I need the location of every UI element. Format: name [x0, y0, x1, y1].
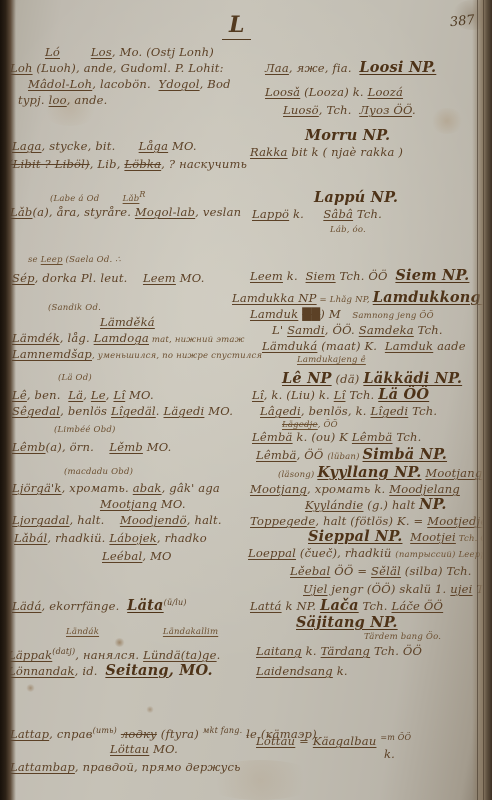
text-run: abak [133, 481, 162, 495]
text-run: Löbka [124, 157, 161, 171]
text-run: MO. [143, 440, 172, 454]
text-run: Loosǎ [265, 85, 300, 99]
entry-line: Sieppal NP. Mootjei Tch. ÖÖ [308, 529, 492, 545]
text-run: Lî [334, 388, 346, 402]
entry-line: Sép, dorka Pl. leut. Leem MO. [12, 270, 205, 286]
page-edge-streak [477, 0, 478, 800]
text-run: Lǎbál [14, 531, 47, 545]
page-edge-streak [483, 0, 484, 800]
entry-line: (Lä Od) [58, 372, 233, 384]
text-run: Tch. ÖÖ [370, 644, 422, 658]
text-run: (ü/lu) [164, 598, 187, 607]
text-run: Ländák [66, 627, 99, 637]
text-run: Käagalbau [313, 734, 377, 748]
text-run: Tch. ÖÖ [336, 269, 396, 283]
text-run: =m ÖÖ [380, 733, 411, 742]
text-run: лодку [121, 727, 157, 741]
text-run: (Limbéé Obd) [54, 425, 116, 435]
text-run: Lämděká [100, 315, 155, 329]
text-run: (datj) [52, 647, 75, 656]
text-run: k. [302, 644, 321, 658]
text-run: (a), åra, styråre. [32, 205, 134, 219]
text-run: Seitang [105, 662, 168, 679]
text-run: (ить) [93, 726, 117, 735]
entry-line: L' Samdi, ÖÖ. Samdeka Tch. [272, 322, 492, 338]
text-run: , ÖÖ. [325, 323, 359, 337]
text-run: , halt (fötlös) K. = [315, 514, 427, 528]
entry-line: Ljörgä'k, хромать. abak, gâk' aga [12, 480, 222, 496]
entry-line: Láb, óo. [330, 224, 398, 236]
text-run: , хромать k. [307, 482, 389, 496]
text-run [60, 45, 91, 59]
text-run: Le [91, 388, 106, 402]
text-run: , уменьшился, по нижре спустился [92, 351, 262, 361]
text-run: MO. [157, 497, 186, 511]
text-run: (ftyra) [157, 727, 203, 741]
text-run [99, 627, 163, 637]
entry-block: Lattá k NP. Lača Tch. Láče ÖÖ [250, 598, 443, 614]
text-run: k. [333, 664, 348, 678]
text-run: k. [283, 269, 306, 283]
text-run: Lěmb [109, 440, 143, 454]
text-run: (macdadu Obd) [64, 467, 133, 477]
text-run: , MO. [169, 662, 213, 679]
entry-line: Lamduk ██) M Samnong jeng ÖÖ [250, 306, 492, 322]
text-run: Samdi [287, 323, 325, 337]
text-run: (a), örn. [46, 440, 110, 454]
text-run: (čueč), rhadkiü [296, 546, 395, 560]
text-run: , halt. [70, 513, 120, 527]
text-run: Moodjelang [389, 482, 460, 496]
text-run: Ló [45, 45, 60, 59]
entry-block: Lappú NP.Lappö k. Sâbâ Tch.Láb, óo. [252, 190, 398, 236]
entry-line: Tärdem bang Öo. [364, 631, 441, 643]
text-run: aade [433, 339, 466, 353]
text-run: Lîgedi [371, 404, 409, 418]
text-run: Lôttau [256, 734, 295, 748]
entry-line: Laga, stycke, bit. Låga MO. [12, 138, 247, 154]
text-run: k. [289, 207, 323, 221]
text-run: (Sandik Od. [48, 303, 101, 313]
text-run: , veslan [195, 205, 241, 219]
entry-line: Lattá k NP. Lača Tch. Láče ÖÖ [250, 598, 443, 614]
text-run: , id. [75, 664, 106, 678]
entry-block: se Leep (Saela Od. ∴Sép, dorka Pl. leut.… [12, 254, 205, 286]
text-run: Lača [320, 597, 359, 614]
text-run: Sâbâ [323, 207, 353, 221]
entry-block: Säjitang NP.Tärdem bang Öo.Laitang k. Tä… [256, 615, 441, 679]
entry-line: Lönnandak, id. Seitang, MO. [8, 663, 220, 679]
text-run: ÖÖ = [330, 564, 371, 578]
text-run: , нанялся. [75, 648, 143, 662]
entry-line: Lappö k. Sâbâ Tch. [252, 206, 398, 222]
text-run: Loozá [368, 85, 403, 99]
text-run: Lattá [250, 599, 282, 613]
text-run: (lüban) [327, 452, 362, 462]
text-run: Rakka [250, 145, 288, 159]
text-run: Ljörgä'k [12, 481, 62, 495]
entry-line: Mâdol-Loh, lacobön. Ydogol, Bod [28, 76, 231, 92]
entry-line: Rakka bit k ( njaè rakka ) [250, 144, 403, 160]
entry-line: Ljorgadal, halt. Moodjendö, halt. [12, 512, 222, 528]
text-run: (läsong) [278, 470, 317, 480]
entry-line: Leem k. Siem Tch. ÖÖ Siem NP. [250, 268, 469, 284]
text-run: Samdeka [359, 323, 414, 337]
entry-line: (läsong) Kyyllang NP. Mootjang Tch. ÖÖ [278, 465, 492, 481]
text-run: Löttau [110, 742, 149, 756]
text-run: Ljorgadal [12, 513, 70, 527]
text-run: Los [91, 45, 112, 59]
text-run: Sieppal NP. [308, 528, 402, 545]
text-run: Moodjendö [120, 513, 187, 527]
text-run: NP. [419, 496, 446, 513]
text-run: Lamdoga [94, 331, 149, 345]
text-run: Lêmbä [352, 430, 393, 444]
text-run: = Lhǎg NP, [317, 295, 373, 305]
text-run: Луоз ÖÖ [359, 103, 412, 117]
entry-line: Lêmbä, ÖÖ (lüban) Simbä NP. [256, 447, 447, 463]
entry-line: Lê, ben. Lä, Le, Lî MO. [12, 387, 233, 403]
entry-line: Lämděká [100, 314, 262, 330]
text-run [402, 530, 410, 544]
entry-line: Лаа, яже, fia. Loosi NP. [265, 60, 436, 76]
text-run: (Luoh), ande, Gudoml. P. Lohit: [33, 61, 224, 75]
entry-line: Lamdukajeng ê [297, 354, 492, 366]
text-run: . [412, 103, 416, 117]
text-run [99, 194, 122, 204]
text-run: Lêmbä [252, 430, 293, 444]
text-run: R [139, 190, 145, 199]
entry-line: Leébal, MO [102, 548, 207, 564]
text-run: Láb, óo. [330, 225, 366, 235]
text-run: MO. [176, 271, 205, 285]
entry-line: Lê NP (dä) Läkkädi NP. [282, 371, 462, 387]
entry-line: Laidendsang k. [256, 663, 441, 679]
entry-block: Lǎbál, rhadkiü. Lábojek, rhadkoLeébal, M… [14, 530, 207, 564]
text-run: ██ [302, 307, 320, 321]
entry-line: (Sandik Od. [48, 302, 262, 314]
entry-block: Lê NP (dä) Läkkädi NP.Lî, k. (Liu) k. Lî… [252, 371, 462, 431]
text-run: Loeppal [248, 546, 296, 560]
entry-line: Laitang k. Tärdang Tch. ÖÖ [256, 643, 441, 659]
text-run: Morru NP. [305, 127, 390, 144]
text-run: (Libit ? Liböl) [8, 157, 90, 171]
entry-line: (Labe á Od LǎbR [50, 189, 241, 201]
entry-line: Loh (Luoh), ande, Gudoml. P. Lohit: [10, 60, 231, 76]
text-run: , lacobön. [92, 77, 158, 91]
text-run: Läta [127, 597, 163, 614]
text-run: , хромать. [62, 481, 133, 495]
text-run: , halt. [187, 513, 222, 527]
text-run: mat, нижний этаж [149, 335, 245, 345]
entry-line: Lî, k. (Liu) k. Lî Tch. Lä ÖÖ [252, 387, 462, 403]
text-run: Lädá [12, 599, 42, 613]
text-run: se [28, 255, 41, 265]
text-run: Leem [143, 271, 176, 285]
text-run: Toppegede [250, 514, 315, 528]
entry-block: (Sandik Od.LämděkáLämdék, låg. Lamdoga m… [12, 302, 262, 362]
text-run: (Saela Od. ∴ [63, 255, 121, 265]
text-run: = [295, 734, 313, 748]
text-run: k. (ou) K [293, 430, 352, 444]
text-run: , Bod [200, 77, 231, 91]
text-run: (Looza) k. [300, 85, 367, 99]
text-run: Lä [68, 388, 83, 402]
text-run: Ujel [303, 582, 328, 596]
entry-line: (Libit ? Liböl), Lib, Löbka, ? наскучить [8, 156, 247, 172]
entry-line: Lǎbál, rhadkiü. Lábojek, rhadko [14, 530, 207, 546]
entry-line: Ländák Ländakallim [66, 626, 220, 638]
entry-line: typj. loo, ande. [18, 92, 231, 108]
text-run: Laga [12, 139, 42, 153]
entry-line: Lêmbä k. (ou) K Lêmbä Tch. [252, 429, 447, 445]
entry-line: Lamnemdšap, уменьшился, по нижре спустил… [12, 346, 262, 362]
text-run: Lappö [252, 207, 289, 221]
text-run: ) M [320, 307, 352, 321]
text-run: Mootjei [410, 530, 456, 544]
text-run: MO. [125, 388, 154, 402]
entry-block: Lêmbä k. (ou) K Lêmbä Tch.Lêmbä, ÖÖ (lüb… [252, 429, 447, 463]
text-run: Lönnandak [8, 664, 75, 678]
entry-line: Loeppal (čueč), rhadkiü (патрыссий) Leep… [248, 545, 492, 561]
text-run: Lâgedi [260, 404, 301, 418]
text-run: Leébal [102, 549, 142, 563]
text-run: Lamnemdšap [12, 347, 92, 361]
text-run: Tärdem bang Öo. [364, 632, 441, 642]
entry-line: Ló Los, Mo. (Ostj Lonh) [45, 44, 231, 60]
text-run: , ekorrfänge. [42, 599, 128, 613]
text-run: . [217, 648, 221, 662]
entry-line: Lǎb(a), åra, styråre. Mogol-lab, veslan [10, 204, 241, 220]
text-run: , яже, fia. [289, 61, 359, 75]
text-run: Lî [252, 388, 264, 402]
text-run: ujei [450, 582, 472, 596]
entry-block: Morru NP.Rakka bit k ( njaè rakka ) [250, 128, 403, 160]
binding-gutter [0, 0, 16, 800]
text-run: , правдой, прямо держусь [75, 760, 241, 774]
entry-line: Lěebal ÖÖ = Sělä̈l (silba) Tch. [290, 563, 492, 579]
text-run: Säjitang NP. [296, 614, 398, 631]
text-run: , rhadko [157, 531, 207, 545]
text-run: Kyylándie [305, 498, 363, 512]
text-run: typj. [18, 93, 49, 107]
text-run: Mootjang [250, 482, 307, 496]
text-run: k NP. [282, 599, 320, 613]
text-run: MO. [149, 742, 178, 756]
text-run: Kyyllang NP. [317, 464, 421, 481]
entry-line: Lâgedi, benlös, k. Lîgedi Tch. [260, 403, 462, 419]
text-run: Tch. [345, 388, 378, 402]
text-run: loo [49, 93, 67, 107]
entry-line: se Leep (Saela Od. ∴ [28, 254, 205, 266]
entry-block: Leem k. Siem Tch. ÖÖ Siem NP. [250, 268, 469, 284]
text-run: Mâdol-Loh [28, 77, 92, 91]
entry-line: (macdadu Obd) [64, 466, 222, 478]
text-run: MO. [204, 404, 233, 418]
text-run: Ydogol [159, 77, 200, 91]
text-run: (Lä Od) [58, 373, 92, 383]
text-run: Lêmbä [256, 448, 297, 462]
entry-block: Loeppal (čueč), rhadkiü (патрыссий) Leep… [248, 545, 492, 597]
text-run: jengr (ÖÖ) skalü 1. [328, 582, 451, 596]
entry-block: Ländák LändakallimLäppak(datj), нанялся.… [8, 626, 220, 679]
entry-block: Lamdukka NP = Lhǎg NP, Lamdukkong NP !La… [232, 290, 492, 366]
text-run: , benlös, k. [301, 404, 371, 418]
text-run: , dorka Pl. leut. [35, 271, 143, 285]
text-run: , stycke, bit. [42, 139, 139, 153]
entry-block: Lädá, ekorrfänge. Läta(ü/lu) [12, 595, 187, 611]
text-run: Simbä NP. [363, 446, 448, 463]
entry-line: Lämdék, låg. Lamdoga mat, нижний этаж [12, 330, 262, 346]
text-run: , MO [142, 549, 171, 563]
entry-line: Loosǎ (Looza) k. Loozá [265, 84, 436, 100]
text-run: Lägedi [164, 404, 205, 418]
text-run: Leem [250, 269, 283, 283]
text-run: Siem [306, 269, 336, 283]
entry-line: Lamdukka NP = Lhǎg NP, Lamdukkong NP ! [232, 290, 492, 306]
text-run: Laidendsang [256, 664, 333, 678]
text-run: bit k ( njaè rakka ) [288, 145, 404, 159]
page-edge [472, 0, 492, 800]
text-run: Lattambap [10, 760, 75, 774]
entry-line: Mootjang MO. [100, 496, 222, 512]
text-run: , k. (Liu) k. [264, 388, 334, 402]
text-run: Tärdang [321, 644, 371, 658]
text-run: Tch. [353, 207, 382, 221]
text-run: Tch. [359, 599, 392, 613]
entry-line: Mootjang, хромать k. Moodjelang [250, 481, 492, 497]
entry-line: Lôttau = Käagalbau =m ÖÖ [256, 730, 411, 746]
text-run: (Labe á Od [50, 194, 99, 204]
text-run: , benlös [60, 404, 111, 418]
text-run: Låga [139, 139, 169, 153]
text-run: , låg. [60, 331, 94, 345]
text-run: Tch. [393, 430, 422, 444]
text-run: . [156, 404, 164, 418]
text-run: Sêgedal [12, 404, 60, 418]
text-run: Mootjang [100, 497, 157, 511]
text-run: Lî [113, 388, 125, 402]
entry-line: Lêmb(a), örn. Lěmb MO. [12, 439, 172, 455]
text-run: Lämdék [12, 331, 60, 345]
text-run: (dä) [332, 372, 364, 386]
text-run: , gâk' aga [162, 481, 220, 495]
text-run: Лаа [265, 61, 289, 75]
manuscript-scan: 387 L Ló Los, Mo. (Ostj Lonh)Loh (Luoh),… [0, 0, 492, 800]
entry-line: Läppak(datj), нанялся. Lündä(ta)ge. [8, 644, 220, 660]
text-run: , ben. [27, 388, 68, 402]
text-run: , ? наскучить [161, 157, 247, 171]
entry-block: Laga, stycke, bit. Låga MO.(Libit ? Libö… [12, 138, 247, 172]
manuscript: Ló Los, Mo. (Ostj Lonh)Loh (Luoh), ande,… [0, 0, 492, 800]
text-run: Mogol-lab [135, 205, 195, 219]
entry-line: Säjitang NP. [296, 615, 441, 631]
text-run: Lábojek [109, 531, 157, 545]
entry-block: Лаа, яже, fia. Loosi NP.Loosǎ (Looza) k.… [265, 60, 436, 118]
text-run: Leep [41, 255, 63, 265]
text-run: Lamdukajeng ê [297, 355, 366, 365]
text-run: Lěebal [290, 564, 330, 578]
entry-block: (Lä Od)Lê, ben. Lä, Le, Lî MO.Sêgedal, b… [12, 372, 233, 419]
text-run: , справ [49, 727, 92, 741]
text-run: Siem NP. [395, 267, 469, 284]
entry-block: (Labe á Od LǎbRLǎb(a), åra, styråre. Mog… [10, 189, 241, 220]
text-run: , Lib, [90, 157, 125, 171]
entry-block: Lôttau = Käagalbau =m ÖÖk. [256, 730, 411, 762]
text-run: L' [272, 323, 287, 337]
text-run: мkt fang. [203, 726, 243, 735]
text-run: Lê NP [282, 370, 332, 387]
text-run: k. [384, 747, 395, 761]
text-run: Tch. [408, 404, 437, 418]
text-run: Lîgedäl [111, 404, 156, 418]
text-run: (silba) Tch. [401, 564, 472, 578]
entry-line: Ujel jengr (ÖÖ) skalü 1. ujei Tchs. [303, 581, 492, 597]
text-run: Lêmb [12, 440, 46, 454]
text-run: (g.) halt [363, 498, 419, 512]
entry-line: Toppegede, halt (fötlös) K. = Mootjedje [250, 513, 492, 529]
entry-line: Sêgedal, benlös Lîgedäl. Lägedi MO. [12, 403, 233, 419]
text-run: Läkkädi NP. [363, 370, 462, 387]
text-run: , Mo. (Ostj Lonh) [112, 45, 214, 59]
entry-line: Lädá, ekorrfänge. Läta(ü/lu) [12, 595, 187, 611]
text-run: Sělä̈l [371, 564, 401, 578]
entry-line: Luosö, Tch. Луоз ÖÖ. [283, 102, 436, 118]
text-run: Samnong jeng ÖÖ [352, 311, 433, 321]
text-run: Lündä(ta)ge [143, 648, 217, 662]
text-run: Tch. [414, 323, 443, 337]
text-run: Ländakallim [163, 627, 218, 637]
entry-line: Lämduká (maat) K. Lamduk aade [262, 338, 492, 354]
text-run: , rhadkiü. [47, 531, 109, 545]
text-run: MO. [168, 139, 197, 153]
text-run: Lǎb [123, 194, 140, 204]
entry-line: (Limbéé Obd) [54, 424, 172, 436]
text-run: Lamduk [385, 339, 433, 353]
text-run: , Tch. [319, 103, 360, 117]
entry-block: (macdadu Obd)Ljörgä'k, хромать. abak, gâ… [12, 466, 222, 528]
entry-line: Lappú NP. [314, 190, 398, 206]
text-run: (maat) K. [317, 339, 384, 353]
text-run: , ÖÖ [297, 448, 328, 462]
text-run: Luosö [283, 103, 319, 117]
text-run: Láče ÖÖ [391, 599, 443, 613]
entry-line: Morru NP. [305, 128, 403, 144]
text-run: , [83, 388, 91, 402]
text-run: Loosi NP. [359, 59, 436, 76]
text-run: , ande. [67, 93, 108, 107]
text-run: Lappú NP. [314, 189, 398, 206]
entry-line: k. [384, 746, 411, 762]
text-run: Laitang [256, 644, 302, 658]
entry-line: Kyylándie (g.) halt NP. [305, 497, 492, 513]
entry-block: (läsong) Kyyllang NP. Mootjang Tch. ÖÖMo… [250, 465, 492, 545]
entry-block: Ló Los, Mo. (Ostj Lonh)Loh (Luoh), ande,… [10, 44, 231, 108]
text-run: Lämduká [262, 339, 317, 353]
entry-block: (Limbéé Obd)Lêmb(a), örn. Lěmb MO. [12, 424, 172, 455]
text-run: Lä ÖÖ [378, 386, 429, 403]
